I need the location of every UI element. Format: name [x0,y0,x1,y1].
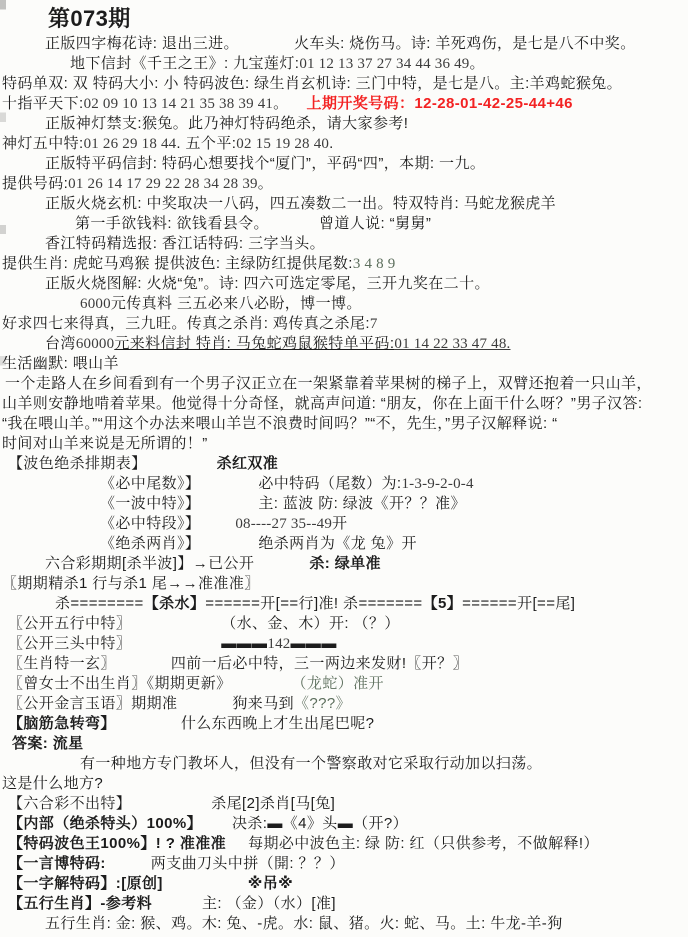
text-segment: 〖期期精杀1 行与杀1 尾→→准准准〗 [2,574,260,594]
text-segment: 08----27 35--49 [235,514,332,534]
text-segment: 【特码波色王100%】! ? 准准准 [8,834,226,854]
money-tip-line: 第一手欲钱料: 欲钱看县令。曾道人说: “舅舅” [0,214,688,234]
color-kill-table-header: 【波色绝杀排期表】杀红双准 [0,454,688,474]
text-segment: 五行生肖: 金: 猴、鸡。木: 兔、-虎。水: 鼠、猪。火: 蛇、马。土: 牛龙… [45,914,563,934]
document-body: 第073期正版四字梅花诗: 退出三进。火车头: 烧伤马。诗: 羊死鸡伤，是七是八… [0,4,688,934]
text-segment: 【一言博特码: [8,854,106,874]
fax-6000-line: 6000 元传真料 三五必来八必盼，博一博。 [0,294,688,314]
text-segment: 【脑筋急转弯】 [8,714,116,734]
text-segment: 第073期 [48,4,131,34]
zodiac-mystery-line: 〖生肖特一玄〗四前一后必中特，三一两边来发财!〖开？〗 [0,654,688,674]
magic-lamp-five-line: 神灯五中特:01 26 29 18 44 . 五个平:02 15 19 28 4… [0,134,688,154]
text-segment: 这是什么地方? [2,774,103,794]
black-bar: ▬▬▬ [221,634,267,654]
text-segment: 十指平天下: [2,94,84,114]
five-elements-line: 〖公开五行中特〗（水、金、木）开: （？） [0,614,688,634]
text-segment: 元来料信封 特肖: 马兔蛇鸡鼠猴特单平码: [114,334,394,354]
text-segment: 好求四七来得真，三九旺。传真之杀肖: 鸡传真之杀尾: [2,314,370,334]
text-segment: 【一字解特码】: [8,874,121,894]
text-segment: 。 [273,94,288,114]
text-segment: 【5】 [423,594,463,614]
must-hit-segment-line: 《必中特段》】08----27 35--49 开 [0,514,688,534]
text-segment: 每期必中波色主: 绿 防: 红（只供参考，不做解释!） [248,834,599,854]
text-segment: 主: （金）（水）[准] [202,894,336,914]
text-segment: 正版火烧玄机: 中奖取决一八码，四五凑数二一出。特双特肖: 马蛇龙猴虎羊 [45,194,556,214]
text-segment: ======开[==行]准! 杀======= [205,594,422,614]
text-segment: 01 26 29 18 44 [84,134,177,154]
text-segment: 正版火烧图解: 火烧“兔”。诗: 四六可选定零尾，三开九奖在二十。 [45,274,490,294]
humor-para-2: 山羊则安静地啃着苹果。他觉得十分奇怪，就高声问道: “朋友，你在上面干什么呀？”… [0,394,688,414]
text-segment: 杀尾[2]杀肖[马[兔] [211,794,335,814]
text-segment: 绝杀两肖为《龙 兔》开 [258,534,417,554]
must-hit-tail-line: 《必中尾数》】必中特码（尾数）为: 1-3-9-2-0-4 [0,474,688,494]
fire-diagram-line: 正版火烧图解: 火烧“兔”。诗: 四六可选定零尾，三开九奖在二十。 [0,274,688,294]
text-segment: 《绝杀两肖》】 [100,534,200,554]
text-segment: 元传真料 三五必来八必盼，博一博。 [111,294,362,314]
text-segment: 01 12 13 37 27 34 44 36 49 [299,54,469,74]
underground-envelope-line: 地下信封《千王之王》: 九宝莲灯: 01 12 13 37 27 34 44 3… [0,54,688,74]
black-bar: ▬ [338,814,353,834]
text-segment: 特码单双: 双 特码大小: 小 特码波色: 绿生肖玄机诗: 三门中特，是七是八。… [2,74,622,94]
hongkong-special-line: 香江特码精选报: 香江话特码: 三字当头。 [0,234,688,254]
plum-poem-line: 正版四字梅花诗: 退出三进。火车头: 烧伤马。诗: 羊死鸡伤，是七是八不中奖。 [0,34,688,54]
text-segment: 曾道人说: “舅舅” [319,214,431,234]
text-segment: 台湾 [45,334,76,354]
text-segment: 01 14 22 33 47 48. [394,334,510,354]
text-segment: ※吊※ [248,874,293,894]
riddle-question-line: 这是什么地方? [0,774,688,794]
text-segment: 香江特码精选报: 香江话特码: 三字当头。 [45,234,325,254]
flat-code-envelope-line: 正版特平码信封: 特码心想要找个“厦门”，平码“四”，本期: 一九。 [0,154,688,174]
text-segment: 〖公开三头中特〗 [8,634,131,654]
text-segment: 【六合彩不出特】 [8,794,131,814]
text-segment: 。 [470,54,485,74]
riddle-line: 有一种地方专门教坏人，但没有一个警察敢对它采取行动加以扫荡。 [0,754,688,774]
text-segment: “我在喂山羊。”“用这个办法来喂山羊岂不浪费时间吗？”“不，先生，”男子汉解释说… [2,414,558,434]
text-segment: 山羊则安静地啃着苹果。他觉得十分奇怪，就高声问道: “朋友，你在上面干什么呀？”… [2,394,643,414]
text-segment: 六合彩期期[杀半波]】→已公开 [45,554,254,574]
precise-kill-header: 〖期期精杀1 行与杀1 尾→→准准准〗 [0,574,688,594]
madam-zeng-line: 〖曾女士不出生肖〗《期期更新》（龙蛇）准开 [0,674,688,694]
text-segment: 神灯五中特: [2,134,84,154]
text-segment: 〖公开五行中特〗 [8,614,131,634]
humor-para-3: “我在喂山羊。”“用这个办法来喂山羊岂不浪费时间吗？”“不，先生，”男子汉解释说… [0,414,688,434]
fire-mystery-line: 正版火烧玄机: 中奖取决一八码，四五凑数二一出。特双特肖: 马蛇龙猴虎羊 [0,194,688,214]
text-segment: . 五个平: [176,134,236,154]
half-wave-line: 六合彩期期[杀半波]】→已公开杀: 绿单准 [0,554,688,574]
three-heads-line: 〖公开三头中特〗▬▬▬142▬▬▬ [0,634,688,654]
five-element-zodiac-line: 五行生肖: 金: 猴、鸡。木: 兔、-虎。水: 鼠、猪。火: 蛇、马。土: 牛龙… [0,914,688,934]
text-segment: 02 09 10 13 14 21 35 38 39 41 [84,94,274,114]
kill-water-line: 杀========【杀水】======开[==行]准! 杀=======【5】=… [0,594,688,614]
text-segment: 正版特平码信封: 特码心想要找个“厦门”，平码“四”，本期: 一九。 [45,154,485,174]
provided-zodiac-line: 提供生肖: 虎蛇马鸡猴 提供波色: 主绿防红提供尾数: 3 4 8 9 [0,254,688,274]
text-segment: ======开[==尾] [462,594,575,614]
text-segment: 1-3-9-2-0-4 [401,474,473,494]
text-segment: 有一种地方专门教坏人，但没有一个警察敢对它采取行动加以扫荡。 [80,754,542,774]
text-segment: 一个走路人在乡间看到有一个男子汉正立在一架紧靠着苹果树的梯子上，双臂还抱着一只山… [5,374,652,394]
taiwan-60000-line: 台湾 60000 元来料信封 特肖: 马兔蛇鸡鼠猴特单平码: 01 14 22 … [0,334,688,354]
text-segment: （水、金、木）开: （？） [221,614,400,634]
humor-para-1: 一个走路人在乡间看到有一个男子汉正立在一架紧靠着苹果树的梯子上，双臂还抱着一只山… [0,374,688,394]
text-segment: 狗来马到 [232,694,294,714]
text-segment: 四前一后必中特，三一两边来发财!〖开？〗 [171,654,468,674]
text-segment: 【杀水】 [144,594,206,614]
text-segment: 。 [258,174,273,194]
black-bar: ▬▬▬ [291,634,337,654]
text-segment: 答案: 流星 [12,734,84,754]
text-segment: 地下信封《千王之王》: 九宝莲灯: [70,54,299,74]
text-segment: 决杀: [232,814,267,834]
answer-line: 答案: 流星 [0,734,688,754]
brain-teaser-line: 【脑筋急转弯】什么东西晚上才生出尾巴呢? [0,714,688,734]
text-segment: . [329,134,334,154]
special-odd-even-line: 特码单双: 双 特码大小: 小 特码波色: 绿生肖玄机诗: 三门中特，是七是八。… [0,74,688,94]
one-wave-line: 《一波中特》】主: 蓝波 防: 绿波《开？？准》 [0,494,688,514]
text-segment: 60000 [76,334,115,354]
text-segment: 6000 [80,294,111,314]
last-draw-numbers: 上期开奖号码：12-28-01-42-25-44+46 [307,94,573,114]
humor-para-4: 时间对山羊来说是无所谓的！” [0,434,688,454]
text-segment: 《4》头 [283,814,338,834]
text-segment: 正版四字梅花诗: 退出三进。 [45,34,239,54]
text-segment: 时间对山羊来说是无所谓的！” [2,434,208,454]
text-segment: 开 [332,514,347,534]
text-segment: [原创] [121,874,163,894]
wave-color-king-line: 【特码波色王100%】! ? 准准准每期必中波色主: 绿 防: 红（只供参考，不… [0,834,688,854]
text-segment: 两支曲刀头中拼（開: ？？） [151,854,345,874]
text-segment: 【内部（绝杀特头）100%】 [8,814,202,834]
text-segment: 第一手欲钱料: 欲钱看县令。 [75,214,269,234]
text-segment: 《必中特段》】 [100,514,200,534]
text-segment: 生活幽默: 喂山羊 [2,354,119,374]
provided-numbers-line: 提供号码: 01 26 14 17 29 22 28 34 28 39。 [0,174,688,194]
ten-fingers-line: 十指平天下: 02 09 10 13 14 21 35 38 39 41。上期开… [0,94,688,114]
text-segment: 什么东西晚上才生出尾巴呢? [181,714,375,734]
text-segment: 正版神灯禁支:猴兔。此乃神灯特码绝杀，请大家参考! [45,114,408,134]
text-segment: 《???》 [294,694,351,714]
text-segment: 杀======== [55,594,144,614]
text-segment: 【波色绝杀排期表】 [8,454,147,474]
text-segment: 杀: 绿单准 [309,554,381,574]
text-segment: 火车头: 烧伤马。诗: 羊死鸡伤，是七是八不中奖。 [294,34,636,54]
text-segment: 杀红双准 [217,454,279,474]
five-element-zodiac-header: 【五行生肖】-参考料主: （金）（水）[准] [0,894,688,914]
text-segment: 【五行生肖】-参考料 [8,894,152,914]
internal-kill-head-line: 【内部（绝杀特头）100%】决杀: ▬《4》头▬（开?） [0,814,688,834]
text-segment: 《必中尾数》】 [100,474,200,494]
kill-two-zodiac-line: 《绝杀两肖》】绝杀两肖为《龙 兔》开 [0,534,688,554]
text-segment: 142 [267,634,290,654]
text-segment: 7 [370,314,378,334]
black-bar: ▬ [267,814,282,834]
text-segment: 主: 蓝波 防: 绿波《开？？准》 [258,494,466,514]
text-segment: 〖生肖特一玄〗 [8,654,116,674]
fax-kill-line: 好求四七来得真，三九旺。传真之杀肖: 鸡传真之杀尾: 7 [0,314,688,334]
text-segment: 提供号码: [2,174,68,194]
one-char-solve-line: 【一字解特码】: [原创]※吊※ [0,874,688,894]
lottery-tip-sheet: 第073期正版四字梅花诗: 退出三进。火车头: 烧伤马。诗: 羊死鸡伤，是七是八… [0,0,688,937]
no-special-line: 【六合彩不出特】杀尾[2]杀肖[马[兔] [0,794,688,814]
text-segment: 02 15 19 28 40 [236,134,329,154]
text-segment: （开?） [353,814,408,834]
humor-title-line: 生活幽默: 喂山羊 [0,354,688,374]
text-segment: 〖曾女士不出生肖〗《期期更新》 [8,674,232,694]
text-segment: （龙蛇）准开 [292,674,384,694]
text-segment: 提供生肖: 虎蛇马鸡猴 提供波色: 主绿防红提供尾数: [2,254,353,274]
golden-words-line: 〖公开金言玉语〗期期准狗来马到《???》 [0,694,688,714]
text-segment: 《一波中特》】 [100,494,200,514]
magic-lamp-ban-line: 正版神灯禁支:猴兔。此乃神灯特码绝杀，请大家参考! [0,114,688,134]
text-segment: 3 4 8 9 [353,254,396,274]
one-word-bet-line: 【一言博特码:两支曲刀头中拼（開: ？？） [0,854,688,874]
text-segment: 〖公开金言玉语〗期期准 [8,694,177,714]
issue-number: 第073期 [0,4,688,34]
text-segment: 必中特码（尾数）为: [258,474,401,494]
text-segment: 01 26 14 17 29 22 28 34 28 39 [68,174,258,194]
